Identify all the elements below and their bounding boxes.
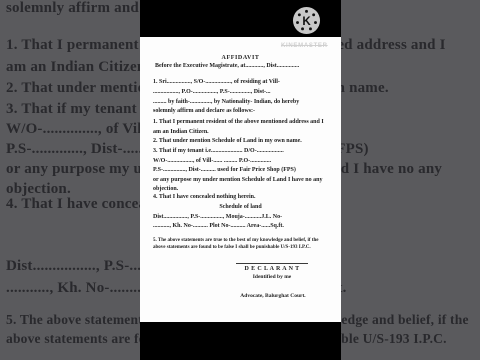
document-text-line: ......... by faith-.............., by Na… [153, 99, 299, 105]
document-text-line: Before the Executive Magistrate, at.....… [155, 63, 299, 69]
identified-by-me-label: Identified by me [236, 274, 308, 280]
video-column: KINEMASTER AFFIDAVIT Before the Executiv… [140, 0, 341, 360]
letterbox-bottom [140, 322, 341, 360]
backdrop-text-line: am an Indian Citizen. [6, 59, 149, 76]
document-text-line: or any purpose my under mention Schedule… [153, 177, 322, 183]
affidavit-page: KINEMASTER AFFIDAVIT Before the Executiv… [140, 37, 341, 322]
document-text-line: 5. The above statements are true to the … [153, 238, 319, 243]
document-text-line: Dist................, P.S-..............… [153, 214, 282, 220]
signature-line [236, 263, 308, 264]
document-text-line: W/O-................., of Vill-...... ..… [153, 158, 271, 164]
document-text-line: 2. That under mention Schedule of Land i… [153, 138, 302, 144]
document-text-line: 3. That if my tenant i.e................… [153, 148, 284, 154]
document-text-line: Schedule of land [140, 204, 341, 210]
document-text-line: ................., P.O-................,… [153, 89, 271, 95]
video-frame: solemnly affirm and declare as follows:-… [0, 0, 480, 360]
document-text-line: solemnly affirm and declare as follows:- [153, 108, 255, 114]
affidavit-title: AFFIDAVIT [140, 55, 341, 61]
document-text-line: ..........., Kh. No-.......... Plot No-.… [153, 223, 284, 229]
document-text-line: 4. That I have concealed nothing herein. [153, 194, 255, 200]
logo-letter: K [302, 15, 311, 28]
declarant-label: D E C L A R A N T [236, 266, 308, 272]
document-text-line: objection. [153, 186, 178, 192]
document-text-line: P.S-..............., Dist-.......... use… [153, 167, 296, 173]
document-text-line: above statements are found to be false I… [153, 245, 311, 250]
kinemaster-logo-icon: K [292, 6, 321, 35]
kinemaster-watermark: KINEMASTER [281, 43, 328, 49]
declarant-block: D E C L A R A N T Identified by me [236, 263, 308, 280]
document-text-line: 1. That I permanent resident of the abov… [153, 119, 324, 125]
document-text-line: am an Indian Citizen. [153, 129, 209, 135]
advocate-line: Advocate, Balurghat Court. [234, 293, 312, 299]
document-text-line: 1. Sri................, S/O-............… [153, 79, 280, 85]
